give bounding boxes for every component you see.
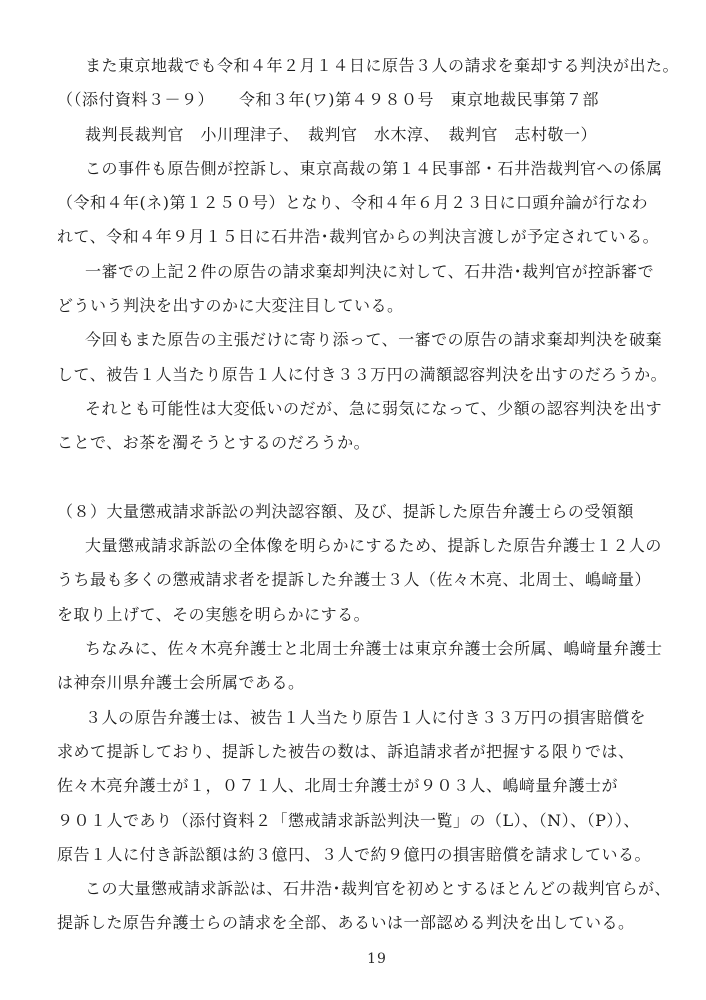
text-line: ９０１人であり（添付資料２「懲戒請求訴訟判決一覧」の（L）、（N）、（P））、 — [57, 804, 675, 838]
line-text: は神奈川県弁護士会所属である。 — [57, 673, 305, 692]
text-line: この事件も原告側が控訴し、東京高裁の第１４民事部・石井浩裁判官への係属 — [57, 152, 675, 186]
text-line: 提訴した原告弁護士らの請求を全部、あるいは一部認める判決を出している。 — [57, 906, 675, 940]
text-line: 裁判長裁判官 小川理津子、 裁判官 水木淳、 裁判官 志村敬一） — [57, 118, 675, 152]
text-line: それとも可能性は大変低いのだが、急に弱気になって、少額の認容判決を出す — [57, 392, 675, 426]
text-line: は神奈川県弁護士会所属である。 — [57, 666, 675, 700]
text-line — [57, 461, 675, 495]
line-text: れて、令和４年９月１５日に石井浩･裁判官からの判決言渡しが予定されている。 — [57, 227, 659, 246]
line-text: それとも可能性は大変低いのだが、急に弱気になって、少額の認容判決を出す — [85, 399, 662, 418]
text-line: を取り上げて、その実態を明らかにする。 — [57, 598, 675, 632]
text-line: どういう判決を出すのかに大変注目している。 — [57, 289, 675, 323]
text-line: ことで、お茶を濁そうとするのだろうか。 — [57, 426, 675, 460]
line-text: （（添付資料３－９） 令和３年(ワ)第４９８０号 東京地裁民事第７部 — [57, 90, 599, 109]
text-line: れて、令和４年９月１５日に石井浩･裁判官からの判決言渡しが予定されている。 — [57, 220, 675, 254]
line-text: 一審での上記２件の原告の請求棄却判決に対して、石井浩･裁判官が控訴審で — [85, 262, 654, 281]
text-line: また東京地裁でも令和４年２月１４日に原告３人の請求を棄却する判決が出た。 — [57, 49, 675, 83]
text-line: 求めて提訴しており、提訴した被告の数は、訴追請求者が把握する限りでは、 — [57, 735, 675, 769]
line-text: ９０１人であり（添付資料２「懲戒請求訴訟判決一覧」の（L）、（N）、（P））、 — [57, 811, 640, 830]
line-text: して、被告１人当たり原告１人に付き３３万円の満額認容判決を出すのだろうか。 — [57, 365, 667, 384]
text-line: ３人の原告弁護士は、被告１人当たり原告１人に付き３３万円の損害賠償を — [57, 701, 675, 735]
text-line: して、被告１人当たり原告１人に付き３３万円の満額認容判決を出すのだろうか。 — [57, 358, 675, 392]
line-text: 今回もまた原告の主張だけに寄り添って、一審での原告の請求棄却判決を破棄 — [85, 330, 662, 349]
page-body: また東京地裁でも令和４年２月１４日に原告３人の請求を棄却する判決が出た。（（添付… — [57, 49, 675, 941]
text-line: うち最も多くの懲戒請求者を提訴した弁護士３人（佐々木亮、北周士、嶋﨑量） — [57, 563, 675, 597]
text-line: ちなみに、佐々木亮弁護士と北周士弁護士は東京弁護士会所属、嶋﨑量弁護士 — [57, 632, 675, 666]
line-text: ことで、お茶を濁そうとするのだろうか。 — [57, 433, 370, 452]
line-text: （８）大量懲戒請求訴訟の判決認容額、及び、提訴した原告弁護士らの受領額 — [57, 502, 634, 521]
line-text: どういう判決を出すのかに大変注目している。 — [57, 296, 404, 315]
text-line: 原告１人に付き訴訟額は約３億円、３人で約９億円の損害賠償を請求している。 — [57, 838, 675, 872]
text-line: この大量懲戒請求訴訟は、石井浩･裁判官を初めとするほとんどの裁判官らが、 — [57, 872, 675, 906]
line-text: この大量懲戒請求訴訟は、石井浩･裁判官を初めとするほとんどの裁判官らが、 — [85, 879, 671, 898]
text-line: 一審での上記２件の原告の請求棄却判決に対して、石井浩･裁判官が控訴審で — [57, 255, 675, 289]
text-line: 佐々木亮弁護士が１，０７１人、北周士弁護士が９０３人、嶋﨑量弁護士が — [57, 769, 675, 803]
line-text: ３人の原告弁護士は、被告１人当たり原告１人に付き３３万円の損害賠償を — [85, 708, 646, 727]
text-line: 大量懲戒請求訴訟の全体像を明らかにするため、提訴した原告弁護士１２人の — [57, 529, 675, 563]
line-text: 提訴した原告弁護士らの請求を全部、あるいは一部認める判決を出している。 — [57, 913, 635, 932]
text-line: （８）大量懲戒請求訴訟の判決認容額、及び、提訴した原告弁護士らの受領額 — [57, 495, 675, 529]
line-text: ちなみに、佐々木亮弁護士と北周士弁護士は東京弁護士会所属、嶋﨑量弁護士 — [85, 639, 663, 658]
line-text: 原告１人に付き訴訟額は約３億円、３人で約９億円の損害賠償を請求している。 — [57, 845, 651, 864]
page-number: 19 — [0, 951, 706, 967]
text-line: （（添付資料３－９） 令和３年(ワ)第４９８０号 東京地裁民事第７部 — [57, 83, 675, 117]
line-text: 求めて提訴しており、提訴した被告の数は、訴追請求者が把握する限りでは、 — [57, 742, 635, 761]
document-page: また東京地裁でも令和４年２月１４日に原告３人の請求を棄却する判決が出た。（（添付… — [0, 0, 706, 1000]
line-text: 大量懲戒請求訴訟の全体像を明らかにするため、提訴した原告弁護士１２人の — [85, 536, 662, 555]
text-line: （令和４年(ネ)第１２５０号）となり、令和４年６月２３日に口頭弁論が行なわ — [57, 186, 675, 220]
line-text: （令和４年(ネ)第１２５０号）となり、令和４年６月２３日に口頭弁論が行なわ — [57, 193, 648, 212]
line-text: また東京地裁でも令和４年２月１４日に原告３人の請求を棄却する判決が出た。 — [85, 56, 679, 75]
line-text: を取り上げて、その実態を明らかにする。 — [57, 605, 370, 624]
line-text: 裁判長裁判官 小川理津子、 裁判官 水木淳、 裁判官 志村敬一） — [85, 125, 597, 144]
text-line: 今回もまた原告の主張だけに寄り添って、一審での原告の請求棄却判決を破棄 — [57, 323, 675, 357]
line-text: うち最も多くの懲戒請求者を提訴した弁護士３人（佐々木亮、北周士、嶋﨑量） — [57, 570, 651, 589]
line-text: 佐々木亮弁護士が１，０７１人、北周士弁護士が９０３人、嶋﨑量弁護士が — [57, 776, 618, 795]
line-text: この事件も原告側が控訴し、東京高裁の第１４民事部・石井浩裁判官への係属 — [85, 159, 663, 178]
